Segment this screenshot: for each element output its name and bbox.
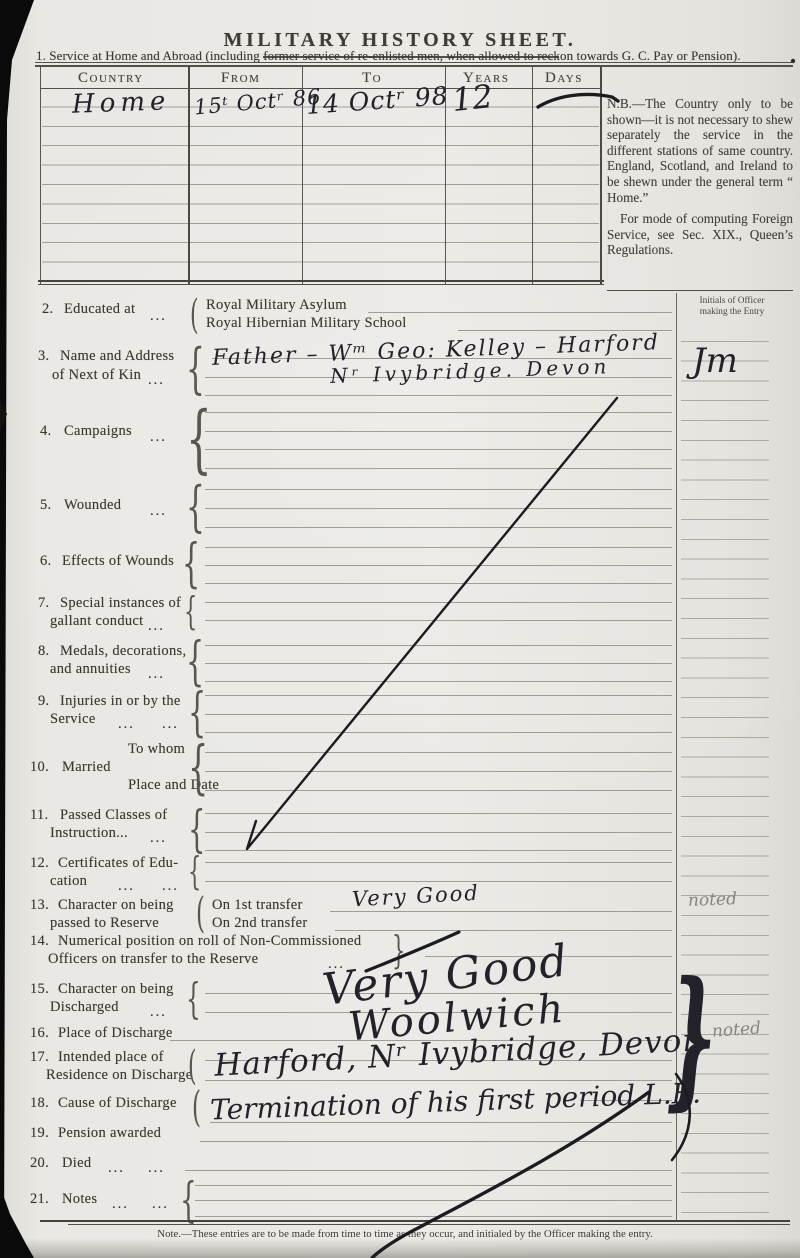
nb-note: N.B.—The Country only to be shown—it is … [607, 96, 793, 264]
col-header-country: Country [78, 70, 144, 87]
item-8-brace: { [186, 636, 204, 688]
nb-paragraph-2: For mode of computing Foreign Service, s… [607, 211, 793, 258]
ruled-line [205, 850, 672, 851]
ruled-line [205, 714, 672, 715]
item-14-label-2: Officers on transfer to the Reserve [48, 952, 258, 967]
item-8-label-1: Medals, decorations, [60, 644, 186, 659]
item-10-label: Married [62, 760, 111, 775]
item-13-brace: ( [196, 892, 205, 934]
ruled-line [205, 602, 672, 603]
item-17-label-1: Intended place of [58, 1050, 164, 1065]
table-border-left [40, 66, 41, 285]
ruled-line [195, 1216, 672, 1217]
item-3-number: 3. [38, 349, 49, 364]
item-5-number: 5. [40, 498, 51, 513]
item-8-label-2: and annuities [50, 662, 131, 677]
item-21-number: 21. [30, 1192, 49, 1207]
item-2-printed-1: Royal Military Asylum [206, 298, 347, 313]
item-13-label-1: Character on being [58, 898, 174, 913]
item-3-dots: ... [148, 373, 165, 388]
item-11-brace: { [188, 804, 205, 854]
item-9-label-2: Service [50, 712, 96, 727]
item-15-brace: { [186, 978, 201, 1020]
item-7-label-1: Special instances of [60, 596, 181, 611]
item-17-label-2: Residence on Discharge [46, 1068, 192, 1083]
top-rule-1 [35, 62, 793, 63]
ruled-line [205, 752, 672, 753]
item-2-label: Educated at [64, 302, 135, 317]
pencil-annotation-1: noted [688, 891, 738, 910]
ruled-line [205, 862, 672, 863]
item-12-label-1: Certificates of Edu- [58, 856, 178, 871]
item-4-label: Campaigns [64, 424, 132, 439]
item-4-dots: ... [150, 430, 167, 445]
initials-column-header: Initials of Officer making the Entry [680, 296, 784, 317]
ruled-line [205, 695, 672, 696]
item-7-dots: ... [148, 619, 165, 634]
item-12-brace: { [188, 852, 201, 890]
item-21-dots: ... [112, 1197, 129, 1212]
item-20-number: 20. [30, 1156, 49, 1171]
ruled-line [205, 431, 672, 432]
pencil-annotation-2: noted [711, 1020, 761, 1040]
item-3-label-1: Name and Address [60, 349, 174, 364]
item-18-number: 18. [30, 1096, 49, 1111]
item-6-number: 6. [40, 554, 51, 569]
officer-initials-item-3: Jm [692, 344, 738, 378]
scanned-document: MILITARY HISTORY SHEET. 1. Service at Ho… [0, 0, 800, 1258]
ruled-line [205, 412, 672, 413]
section1-heading: 1. Service at Home and Abroad (including… [36, 49, 741, 62]
item-14-number: 14. [30, 934, 49, 949]
item-15-number: 15. [30, 982, 49, 997]
item-10-number: 10. [30, 760, 49, 775]
bottom-rule-2 [68, 1224, 790, 1225]
item-2-number: 2. [42, 302, 53, 317]
top-rule-2 [35, 65, 793, 67]
item-5-label: Wounded [64, 498, 121, 513]
item-15-label-2: Discharged [50, 1000, 119, 1015]
item-5-dots: ... [150, 504, 167, 519]
ruled-line [195, 1200, 672, 1201]
item-9-dots-2: ... [162, 717, 179, 732]
ruled-line [205, 449, 672, 450]
ruled-line [330, 911, 672, 912]
ruled-line [368, 312, 672, 313]
item-20-label: Died [62, 1156, 91, 1171]
ruled-line [205, 583, 672, 584]
ruled-line [205, 790, 672, 791]
item-10-brace: { [188, 738, 208, 796]
ruled-line [205, 489, 672, 490]
ruled-line [205, 732, 672, 733]
item-20-dots-2: ... [148, 1161, 165, 1176]
item-3-brace: { [186, 342, 205, 396]
item-9-label-1: Injuries in or by the [60, 694, 181, 709]
item-7-number: 7. [38, 596, 49, 611]
col-header-to: To [362, 70, 382, 87]
entry-years: 12 [450, 80, 494, 116]
ruled-line [185, 1170, 672, 1171]
item-9-brace: { [188, 687, 206, 739]
item-11-label-2: Instruction... [50, 826, 128, 841]
ruled-line [205, 395, 672, 396]
table-divider-4 [532, 66, 533, 285]
item-10-label-towhom: To whom [128, 742, 185, 757]
ruled-line [335, 930, 672, 931]
table-divider-1 [188, 66, 190, 285]
ink-brace-right: } [668, 962, 716, 1112]
item-20-dots: ... [108, 1161, 125, 1176]
item-17-brace: ( [188, 1046, 197, 1086]
item-6-label: Effects of Wounds [62, 554, 174, 569]
item-7-brace: { [184, 592, 197, 630]
item-9-number: 9. [38, 694, 49, 709]
item-18-label: Cause of Discharge [58, 1096, 177, 1111]
ruled-line [205, 813, 672, 814]
nb-paragraph-1: N.B.—The Country only to be shown—it is … [607, 96, 793, 205]
ruled-line [195, 1185, 672, 1186]
table-bottom-rule-1 [38, 280, 604, 282]
item-19-label: Pension awarded [58, 1126, 161, 1141]
item-8-number: 8. [38, 644, 49, 659]
entry-country: Home [72, 88, 171, 117]
item-12-label-2: cation [50, 874, 87, 889]
item-13-label-2: passed to Reserve [50, 916, 159, 931]
item-2-printed-2: Royal Hibernian Military School [206, 316, 407, 331]
nb-bottom-rule [607, 290, 793, 291]
ruled-line [205, 645, 672, 646]
item-16-number: 16. [30, 1026, 49, 1041]
ruled-line [205, 620, 672, 621]
ruled-line [205, 663, 672, 664]
table-border-right [600, 66, 602, 285]
item-19-number: 19. [30, 1126, 49, 1141]
item-12-dots: ... [118, 879, 135, 894]
item-12-number: 12. [30, 856, 49, 871]
item-3-label-2: of Next of Kin [52, 368, 141, 383]
item-14-label-1: Numerical position on roll of Non-Commis… [58, 934, 361, 949]
item-13-number: 13. [30, 898, 49, 913]
item-16-label: Place of Discharge [58, 1026, 173, 1041]
item-8-dots: ... [148, 667, 165, 682]
ruled-line [205, 832, 672, 833]
item-11-dots: ... [150, 831, 167, 846]
item-21-dots-2: ... [152, 1197, 169, 1212]
ruled-line [205, 771, 672, 772]
item-4-brace: { [186, 402, 212, 476]
ruled-line [205, 527, 672, 528]
item-2-dots: ... [150, 309, 167, 324]
item-18-brace: ( [192, 1086, 201, 1128]
item-12-dots-2: ... [162, 879, 179, 894]
footer-note: Note.—These entries are to be made from … [110, 1228, 700, 1240]
item-21-label: Notes [62, 1192, 97, 1207]
item-2-brace: ( [190, 295, 199, 335]
item-11-number: 11. [30, 808, 49, 823]
ruled-line [200, 1141, 672, 1142]
ruled-line [205, 547, 672, 548]
ruled-line [205, 565, 672, 566]
item-11-label-1: Passed Classes of [60, 808, 167, 823]
item-5-brace: { [186, 480, 205, 534]
item-9-dots: ... [118, 717, 135, 732]
ruled-line [205, 681, 672, 682]
initials-header-line2: making the Entry [680, 307, 784, 318]
item-17-number: 17. [30, 1050, 49, 1065]
item-13-sub1: On 1st transfer [212, 898, 303, 913]
item-6-brace: { [182, 538, 200, 590]
table-bottom-rule-2 [38, 284, 604, 285]
ruled-line [205, 508, 672, 509]
item-13-sub2: On 2nd transfer [212, 916, 308, 931]
item-4-number: 4. [40, 424, 51, 439]
bottom-rule-1 [40, 1220, 790, 1222]
initials-header-line1: Initials of Officer [680, 296, 784, 307]
ruled-line [205, 468, 672, 469]
col-header-days: Days [545, 70, 583, 87]
col-header-from: From [221, 70, 260, 87]
item-15-dots: ... [150, 1005, 167, 1020]
item-7-label-2: gallant conduct [50, 614, 143, 629]
item-15-label-1: Character on being [58, 982, 174, 997]
